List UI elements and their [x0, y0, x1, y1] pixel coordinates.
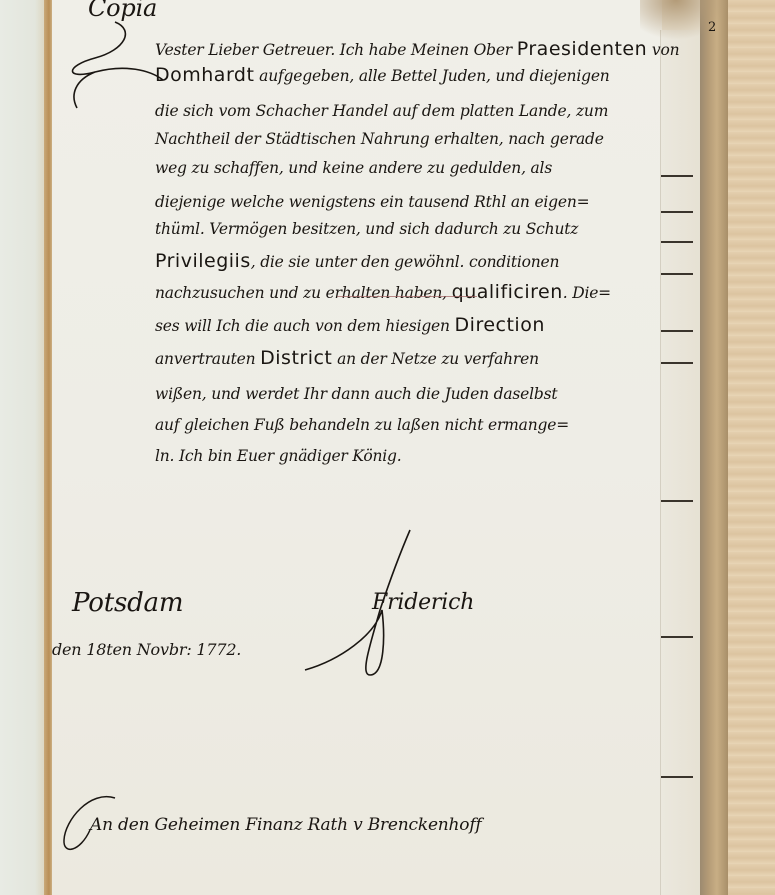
wooden-surface: [728, 0, 775, 895]
line-text: , die sie unter den gewöhnl. conditionen: [251, 253, 560, 271]
red-underline: [337, 296, 477, 297]
heading-flourish-icon: [55, 20, 165, 110]
royal-signature: Friderich: [372, 590, 474, 615]
line-text: von: [647, 41, 679, 59]
document-line: Domhardt aufgegeben, alle Bettel Juden, …: [155, 64, 610, 86]
document-line: thüml. Vermögen besitzen, und sich dadur…: [155, 217, 578, 239]
emphasized-word: District: [260, 347, 332, 369]
tab-divider: [661, 175, 693, 177]
document-line: Privilegiis, die sie unter den gewöhnl. …: [155, 250, 559, 272]
line-text: ln. Ich bin Euer gnädiger König.: [155, 447, 401, 465]
tab-divider: [661, 241, 693, 243]
line-text: diejenige welche wenigstens ein tausend …: [155, 193, 589, 211]
tab-divider: [661, 500, 693, 502]
document-line: Nachtheil der Städtischen Nahrung erhalt…: [155, 127, 604, 149]
document-line: die sich vom Schacher Handel auf dem pla…: [155, 99, 608, 121]
line-text: auf gleichen Fuß behandeln zu laßen nich…: [155, 416, 569, 434]
emphasized-word: Praesidenten: [517, 38, 647, 60]
tab-divider: [661, 636, 693, 638]
line-text: Nachtheil der Städtischen Nahrung erhalt…: [155, 130, 604, 148]
water-stain: [640, 0, 730, 40]
document-heading: Copia: [88, 0, 157, 22]
recipient-address: An den Geheimen Finanz Rath v Brenckenho…: [90, 815, 482, 835]
document-line: ln. Ich bin Euer gnädiger König.: [155, 444, 401, 466]
line-text: ses will Ich die auch von dem hiesigen: [155, 317, 455, 335]
line-text: die sich vom Schacher Handel auf dem pla…: [155, 102, 608, 120]
document-line: weg zu schaffen, und keine andere zu ged…: [155, 156, 552, 178]
emphasized-word: Domhardt: [155, 64, 254, 86]
line-text: anvertrauten: [155, 350, 260, 368]
tab-divider: [661, 776, 693, 778]
worn-page-edge: [700, 0, 728, 895]
document-line: auf gleichen Fuß behandeln zu laßen nich…: [155, 413, 569, 435]
emphasized-word: Privilegiis: [155, 250, 251, 272]
line-text: wißen, und werdet Ihr dann auch die Jude…: [155, 385, 557, 403]
line-text: thüml. Vermögen besitzen, und sich dadur…: [155, 220, 578, 238]
line-text: an der Netze zu verfahren: [332, 350, 538, 368]
document-date: den 18ten Novbr: 1772.: [52, 640, 241, 659]
tab-divider: [661, 211, 693, 213]
page-number: 2: [708, 20, 716, 35]
document-line: anvertrauten District an der Netze zu ve…: [155, 347, 539, 369]
tab-divider: [661, 330, 693, 332]
tab-divider: [661, 273, 693, 275]
line-text: Vester Lieber Getreuer. Ich habe Meinen …: [155, 41, 517, 59]
line-text: aufgegeben, alle Bettel Juden, und dieje…: [254, 67, 609, 85]
document-line: wißen, und werdet Ihr dann auch die Jude…: [155, 382, 557, 404]
document-line: diejenige welche wenigstens ein tausend …: [155, 190, 589, 212]
line-text: . Die=: [563, 284, 611, 302]
tab-divider: [661, 362, 693, 364]
place-name: Potsdam: [72, 588, 183, 618]
emphasized-word: qualificiren: [452, 281, 563, 303]
index-tab-strip: [660, 30, 701, 895]
emphasized-word: Direction: [455, 314, 545, 336]
line-text: nachzusuchen und zu erhalten haben,: [155, 284, 452, 302]
line-text: weg zu schaffen, und keine andere zu ged…: [155, 159, 552, 177]
document-line: Vester Lieber Getreuer. Ich habe Meinen …: [155, 38, 679, 60]
document-line: nachzusuchen und zu erhalten haben, qual…: [155, 281, 611, 303]
facing-page: [0, 0, 50, 895]
document-line: ses will Ich die auch von dem hiesigen D…: [155, 314, 545, 336]
